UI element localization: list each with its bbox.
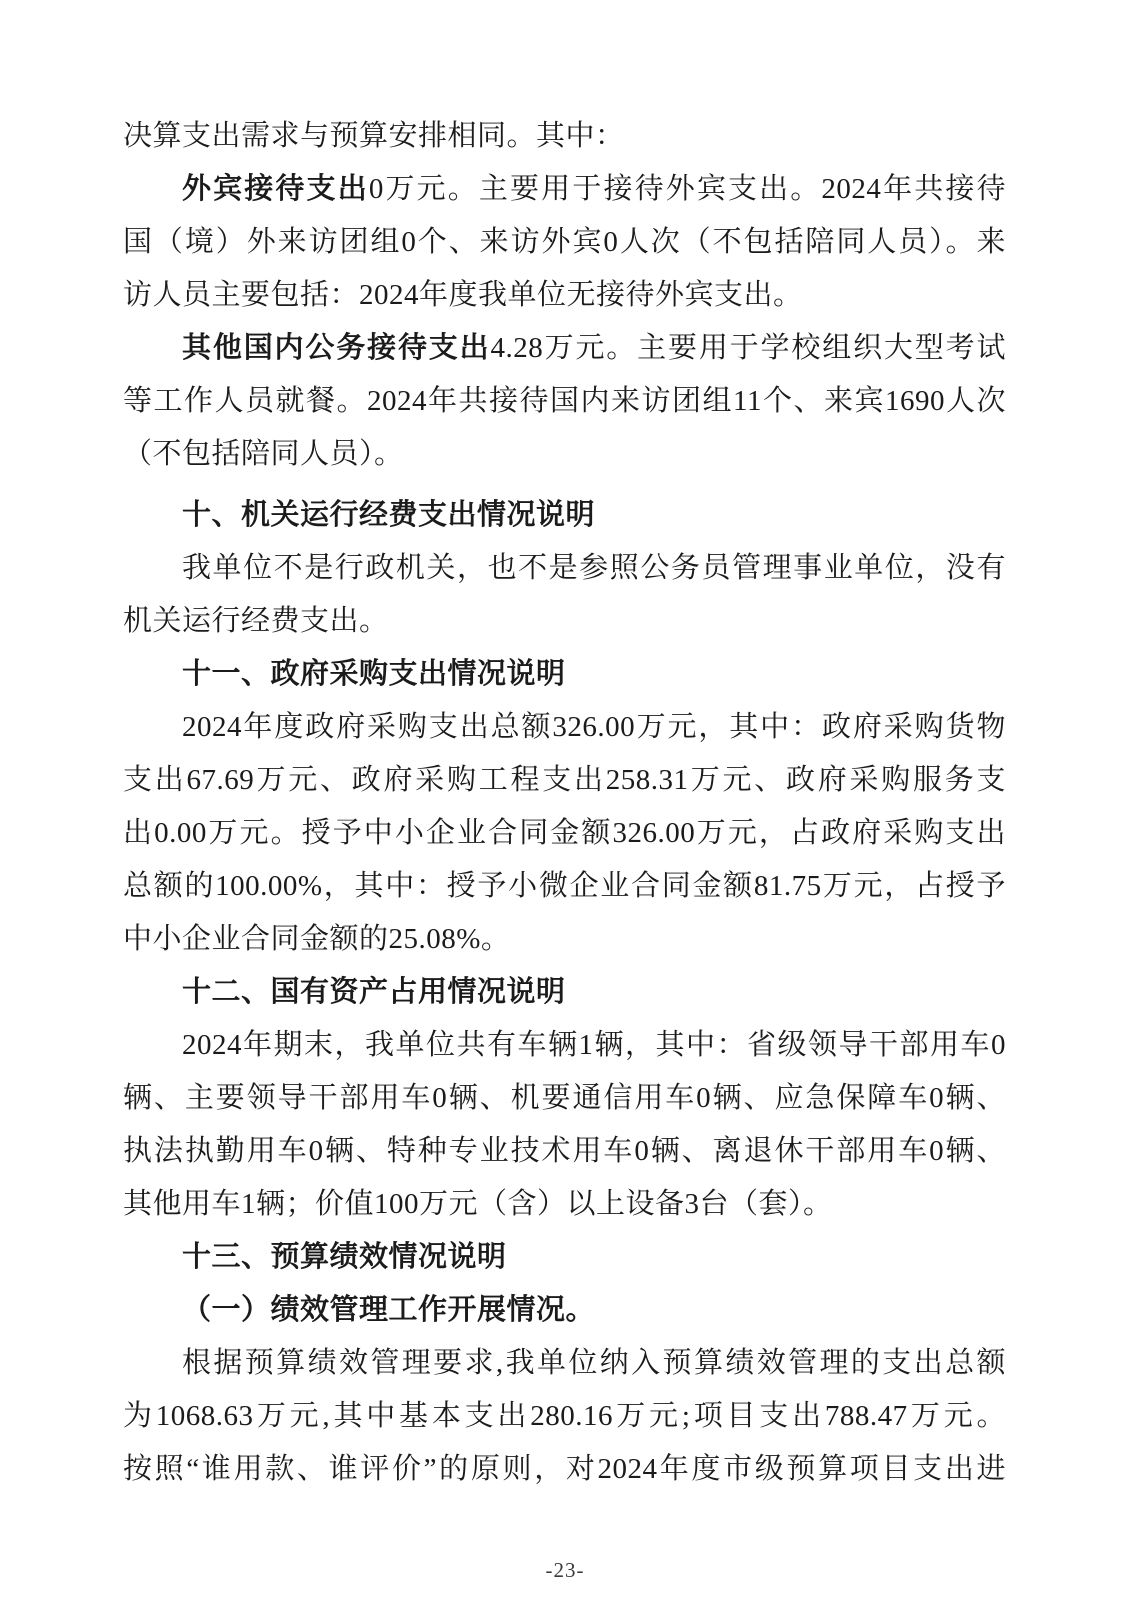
body-line: 总额的100.00%，其中：授予小微企业合同金额81.75万元，占授予 (123, 860, 1006, 913)
body-line: 其他国内公务接待支出4.28万元。主要用于学校组织大型考试 (123, 322, 1006, 375)
body-line: 访人员主要包括：2024年度我单位无接待外宾支出。 (123, 269, 1006, 322)
body-line: 我单位不是行政机关，也不是参照公务员管理事业单位，没有 (123, 542, 1006, 595)
body-text: 0万元。主要用于接待外宾支出。2024年共接待 (369, 173, 1006, 205)
heading-section-10: 十、机关运行经费支出情况说明 (123, 489, 1006, 542)
body-text: 4.28万元。主要用于学校组织大型考试 (491, 332, 1006, 364)
body-line: 机关运行经费支出。 (123, 595, 1006, 648)
body-line: 根据预算绩效管理要求,我单位纳入预算绩效管理的支出总额 (123, 1337, 1006, 1390)
body-line: （不包括陪同人员）。 (123, 428, 1006, 481)
heading-section-11: 十一、政府采购支出情况说明 (123, 648, 1006, 701)
body-line: 中小企业合同金额的25.08%。 (123, 913, 1006, 966)
body-line: 外宾接待支出0万元。主要用于接待外宾支出。2024年共接待 (123, 163, 1006, 216)
body-line: 国（境）外来访团组0个、来访外宾0人次（不包括陪同人员）。来 (123, 216, 1006, 269)
heading-section-12: 十二、国有资产占用情况说明 (123, 966, 1006, 1019)
heading-section-13: 十三、预算绩效情况说明 (123, 1231, 1006, 1284)
body-line: 决算支出需求与预算安排相同。其中： (123, 110, 1006, 163)
body-line: 支出67.69万元、政府采购工程支出258.31万元、政府采购服务支 (123, 754, 1006, 807)
body-line: 为1068.63万元,其中基本支出280.16万元;项目支出788.47万元。 (123, 1390, 1006, 1443)
body-line: 2024年度政府采购支出总额326.00万元，其中：政府采购货物 (123, 701, 1006, 754)
body-line: 出0.00万元。授予中小企业合同金额326.00万元，占政府采购支出 (123, 807, 1006, 860)
bold-lead: 外宾接待支出 (182, 173, 369, 205)
body-line: 执法执勤用车0辆、特种专业技术用车0辆、离退休干部用车0辆、 (123, 1125, 1006, 1178)
document-page: 决算支出需求与预算安排相同。其中： 外宾接待支出0万元。主要用于接待外宾支出。2… (0, 0, 1130, 1600)
bold-lead: 其他国内公务接待支出 (182, 332, 491, 364)
subheading-performance-management: （一）绩效管理工作开展情况。 (123, 1284, 1006, 1337)
body-line: 辆、主要领导干部用车0辆、机要通信用车0辆、应急保障车0辆、 (123, 1072, 1006, 1125)
body-line: 2024年期末，我单位共有车辆1辆，其中：省级领导干部用车0 (123, 1019, 1006, 1072)
body-line: 其他用车1辆；价值100万元（含）以上设备3台（套）。 (123, 1178, 1006, 1231)
page-number: -23- (0, 1558, 1130, 1583)
body-line: 按照“谁用款、谁评价”的原则，对2024年度市级预算项目支出进 (123, 1443, 1006, 1496)
document-body: 决算支出需求与预算安排相同。其中： 外宾接待支出0万元。主要用于接待外宾支出。2… (123, 110, 1006, 1496)
body-line: 等工作人员就餐。2024年共接待国内来访团组11个、来宾1690人次 (123, 375, 1006, 428)
